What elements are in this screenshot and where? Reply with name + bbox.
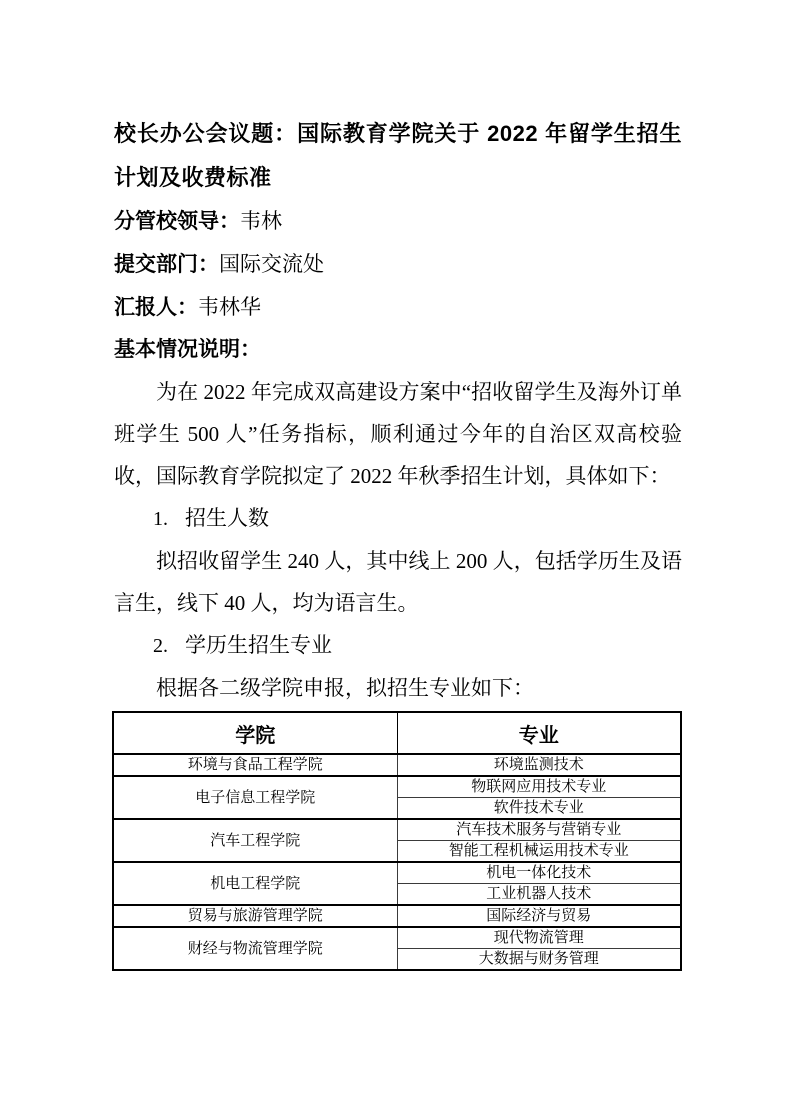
college-cell: 环境与食品工程学院	[113, 754, 397, 776]
table-header-row: 学院 专业	[113, 712, 681, 754]
table-row: 机电工程学院 机电一体化技术	[113, 862, 681, 884]
meta-label-department: 提交部门：	[114, 253, 219, 276]
major-cell: 工业机器人技术	[397, 884, 681, 906]
college-cell: 汽车工程学院	[113, 819, 397, 862]
major-cell: 国际经济与贸易	[397, 905, 681, 927]
list-item-1-number: 1.	[153, 498, 185, 540]
meta-value-department: 国际交流处	[219, 252, 324, 276]
meta-value-reporter: 韦林华	[198, 295, 261, 319]
major-cell: 智能工程机械运用技术专业	[397, 841, 681, 863]
meta-label-reporter: 汇报人：	[114, 296, 198, 319]
table-row: 电子信息工程学院 物联网应用技术专业	[113, 776, 681, 798]
major-cell: 大数据与财务管理	[397, 949, 681, 971]
major-cell: 现代物流管理	[397, 927, 681, 949]
section-heading-basic-info: 基本情况说明：	[114, 329, 682, 371]
table-row: 环境与食品工程学院 环境监测技术	[113, 754, 681, 776]
list-item-2-title: 学历生招生专业	[185, 633, 332, 657]
paragraph-overview: 为在 2022 年完成双高建设方案中“招收留学生及海外订单班学生 500 人”任…	[114, 371, 682, 497]
meta-label-leader: 分管校领导：	[114, 210, 240, 233]
major-cell: 机电一体化技术	[397, 862, 681, 884]
meta-value-leader: 韦林	[240, 209, 282, 233]
list-item-enrollment-number: 1.招生人数	[114, 497, 682, 540]
paragraph-enrollment-detail: 拟招收留学生 240 人，其中线上 200 人，包括学历生及语言生，线下 40 …	[114, 540, 682, 624]
college-cell: 电子信息工程学院	[113, 776, 397, 819]
major-cell: 物联网应用技术专业	[397, 776, 681, 798]
major-cell: 汽车技术服务与营销专业	[397, 819, 681, 841]
college-cell: 贸易与旅游管理学院	[113, 905, 397, 927]
document-title: 校长办公会议题：国际教育学院关于 2022 年留学生招生计划及收费标准	[114, 112, 682, 200]
college-cell: 财经与物流管理学院	[113, 927, 397, 970]
list-item-2-number: 2.	[153, 625, 185, 667]
college-cell: 机电工程学院	[113, 862, 397, 905]
column-header-college: 学院	[113, 712, 397, 754]
document-page: 校长办公会议题：国际教育学院关于 2022 年留学生招生计划及收费标准 分管校领…	[0, 0, 794, 1108]
table-row: 贸易与旅游管理学院 国际经济与贸易	[113, 905, 681, 927]
meta-line-department: 提交部门：国际交流处	[114, 243, 682, 286]
meta-line-reporter: 汇报人：韦林华	[114, 286, 682, 329]
table-row: 财经与物流管理学院 现代物流管理	[113, 927, 681, 949]
list-item-1-title: 招生人数	[185, 506, 269, 530]
meta-line-leader: 分管校领导：韦林	[114, 200, 682, 243]
column-header-major: 专业	[397, 712, 681, 754]
table-row: 汽车工程学院 汽车技术服务与营销专业	[113, 819, 681, 841]
paragraph-majors-intro: 根据各二级学院申报，拟招生专业如下：	[114, 667, 682, 709]
majors-table: 学院 专业 环境与食品工程学院 环境监测技术 电子信息工程学院 物联网应用技术专…	[112, 711, 682, 971]
major-cell: 环境监测技术	[397, 754, 681, 776]
major-cell: 软件技术专业	[397, 798, 681, 820]
list-item-majors: 2.学历生招生专业	[114, 624, 682, 667]
